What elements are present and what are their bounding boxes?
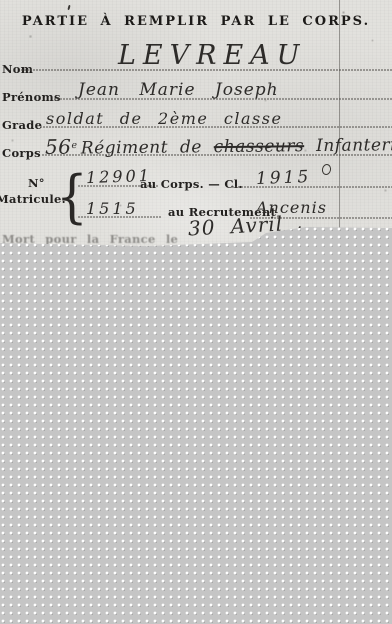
corps-value: 56e Régiment de chasseurs Infanterie [45,131,392,159]
prenoms-label: Prénoms [2,90,61,104]
scan-noise [0,0,1,1]
document-card: PARTIE À REMPLIR PAR LE CORPS. Nom LEVRE… [0,0,392,248]
ink-speck-bottom [297,226,301,233]
matricule-label-line1: N° [28,176,45,190]
grade-label: Grade [2,118,42,132]
card-right-border [339,0,340,231]
matricule-brace: { [56,163,88,230]
scan-viewport: PARTIE À REMPLIR PAR LE CORPS. Nom LEVRE… [0,0,392,624]
corps-text-before: Régiment de [81,137,202,158]
footer-value: 30 Avril [187,212,283,241]
ink-speck [67,5,70,10]
prenoms-value: Jean Marie Joseph [78,80,279,100]
corps-text-after: Infanterie [316,135,392,156]
classe-value: 1915 [256,167,312,189]
nom-value: LEVREAU [118,40,306,71]
corps-regiment-suffix: e [71,140,77,151]
recrutement-dotted-line-left [78,216,162,218]
matricule-corps-label: au Corps. — Cl. [140,177,243,191]
footer-label: Mort pour la France le [2,232,178,246]
document-header: PARTIE À REMPLIR PAR LE CORPS. [0,14,392,29]
corps-struck-word: chasseurs [214,136,305,157]
grade-value: soldat de 2ème classe [46,109,282,128]
pen-flourish [321,163,332,176]
corps-label: Corps [2,146,41,160]
corps-regiment-number: 56 [45,135,72,159]
